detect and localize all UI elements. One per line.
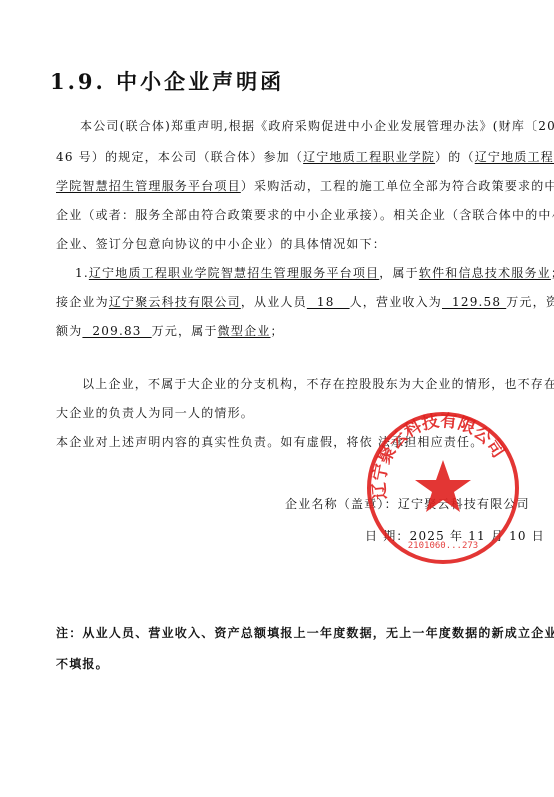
text: ）采购活动，工程的施工单位全部为符合政策要求的中小 (241, 179, 554, 193)
item-employees: 18 (307, 295, 350, 309)
item1-line3: 额为 209.83 万元，属于微型企业； (56, 322, 284, 339)
text: 额为 (56, 324, 82, 338)
document-page: 1.9. 中小企业声明函 本公司(联合体)郑重声明,根据《政府采购促进中小企业发… (0, 0, 554, 797)
project-name-part1: 辽宁地质工程职业 (475, 150, 554, 164)
note-line1: 注：从业人员、营业收入、资产总额填报上一年度数据，无上一年度数据的新成立企业可 (56, 624, 554, 641)
text: ）的（ (435, 150, 475, 164)
item-project: 辽宁地质工程职业学院智慧招生管理服务平台项目 (89, 266, 379, 280)
text: ，属于 (379, 266, 419, 280)
item-industry: 软件和信息技术服务业 (419, 266, 551, 280)
text: ； (270, 324, 283, 338)
text: 万元，属于 (152, 324, 218, 338)
item-size: 微型企业 (218, 324, 271, 338)
company-seal-icon: 辽宁聚云科技有限公司 2101060...273 (363, 408, 523, 568)
purchaser-name: 辽宁地质工程职业学院 (303, 150, 435, 164)
para1-line1: 本公司(联合体)郑重声明,根据《政府采购促进中小企业发展管理办法》(财库〔202… (80, 117, 554, 134)
text: 万元，资产总 (506, 295, 554, 309)
item1-line2: 接企业为辽宁聚云科技有限公司，从业人员 18 人，营业收入为 129.58 万元… (56, 293, 554, 310)
text: 接企业为 (56, 295, 109, 309)
text: 人，营业收入为 (350, 295, 442, 309)
page-title: 1.9. 中小企业声明函 (50, 66, 284, 96)
para1-line5: 企业、签订分包意向协议的中小企业）的具体情况如下： (56, 235, 386, 252)
para1-line4: 企业（或者：服务全部由符合政策要求的中小企业承接）。相关企业（含联合体中的中小 (56, 206, 554, 223)
para2-line2: 大企业的负责人为同一人的情形。 (56, 404, 254, 421)
project-name-part2: 学院智慧招生管理服务平台项目 (56, 179, 241, 193)
svg-text:2101060...273: 2101060...273 (408, 541, 478, 551)
para1-line3: 学院智慧招生管理服务平台项目）采购活动，工程的施工单位全部为符合政策要求的中小 (56, 177, 554, 194)
note-line2: 不填报。 (56, 655, 109, 672)
item1-line1: 1.辽宁地质工程职业学院智慧招生管理服务平台项目，属于软件和信息技术服务业；承 (75, 264, 554, 281)
item-number: 1. (75, 266, 89, 280)
item-revenue: 129.58 (442, 295, 506, 309)
item-assets: 209.83 (82, 324, 151, 338)
text: 46 号）的规定，本公司（联合体）参加（ (56, 150, 303, 164)
text: ，从业人员 (241, 295, 307, 309)
item-company: 辽宁聚云科技有限公司 (109, 295, 241, 309)
para1-line2: 46 号）的规定，本公司（联合体）参加（辽宁地质工程职业学院）的（辽宁地质工程职… (56, 148, 554, 165)
para2-line1: 以上企业，不属于大企业的分支机构，不存在控股股东为大企业的情形，也不存在与 (82, 375, 554, 392)
